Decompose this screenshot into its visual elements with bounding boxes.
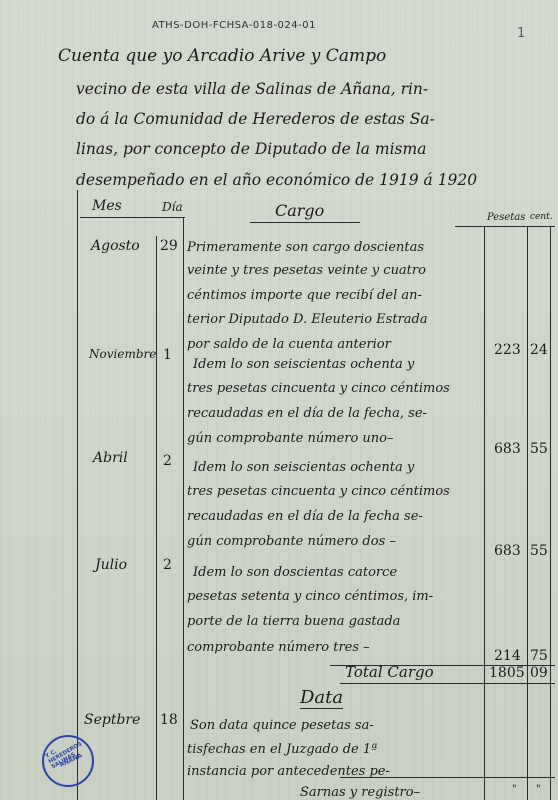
entry-2-centimos: 55 xyxy=(530,441,548,457)
entry-1-line-2: veinte y tres pesetas veinte y cuatro xyxy=(187,263,426,278)
heading-line-3: do á la Comunidad de Herederos de estas … xyxy=(76,110,435,128)
header-underline-cargo xyxy=(250,222,360,223)
column-header-dia: Día xyxy=(162,200,183,214)
heading-line-4: linas, por concepto de Diputado de la mi… xyxy=(76,140,426,158)
heading-line-5: desempeñado en el año económico de 1919 … xyxy=(76,171,477,189)
document-page: ATHS-DOH-FCHSA-018-024-01 1 Cuenta que y… xyxy=(0,0,558,800)
entry-3-centimos: 55 xyxy=(530,543,548,559)
data-entry-1-line-1: Son data quince pesetas sa- xyxy=(190,718,374,733)
data-entry-1-pesetas: " xyxy=(512,784,517,795)
entry-1-line-1: Primeramente son cargo doscientas xyxy=(187,240,424,255)
data-section-title: Data xyxy=(300,687,343,709)
entry-4-line-2: pesetas setenta y cinco céntimos, im- xyxy=(187,589,433,604)
data-entry-1-line-2: tisfechas en el Juzgado de 1ª xyxy=(187,742,377,757)
data-entry-1-dia: 18 xyxy=(160,712,178,728)
entry-1-line-4: terior Diputado D. Eleuterio Estrada xyxy=(187,312,428,327)
column-header-cargo: Cargo xyxy=(275,201,324,220)
pesetas-left-rule xyxy=(484,226,485,800)
entry-3-line-3: recaudadas en el día de la fecha se- xyxy=(187,509,423,524)
entry-1-line-5: por saldo de la cuenta anterior xyxy=(187,337,391,352)
centimos-left-rule xyxy=(527,226,528,800)
left-margin-rule xyxy=(77,190,78,800)
header-underline-mes xyxy=(80,217,185,218)
entry-4-dia: 2 xyxy=(163,557,172,573)
entry-3-mes: Abril xyxy=(93,450,128,466)
column-header-pesetas: Pesetas xyxy=(487,212,525,223)
header-underline-amounts xyxy=(455,226,555,227)
entry-3-line-2: tres pesetas cincuenta y cinco céntimos xyxy=(187,484,450,499)
data-entry-1-line-4: Sarnas y registro– xyxy=(300,785,420,800)
total-cargo-centimos: 09 xyxy=(530,665,548,681)
entry-1-centimos: 24 xyxy=(530,342,548,358)
entry-4-line-3: porte de la tierra buena gastada xyxy=(187,614,400,629)
entry-2-pesetas: 683 xyxy=(494,441,521,457)
entry-3-pesetas: 683 xyxy=(494,543,521,559)
entry-4-mes: Julio xyxy=(95,557,127,573)
entry-4-centimos: 75 xyxy=(530,648,548,664)
entry-1-line-3: céntimos importe que recibí del an- xyxy=(187,288,422,303)
total-cargo-pesetas: 1805 xyxy=(489,665,525,681)
column-header-mes: Mes xyxy=(92,198,122,214)
data-entry-1-mes: Septbre xyxy=(84,712,140,728)
entry-3-dia: 2 xyxy=(163,453,172,469)
mes-dia-rule xyxy=(156,236,157,800)
data-entry-1-line-3: instancia por antecedentes pe- xyxy=(187,764,390,779)
entry-2-mes: Noviembre xyxy=(89,347,156,361)
entry-2-dia: 1 xyxy=(163,347,172,363)
entry-3-line-1: Idem lo son seiscientas ochenta y xyxy=(193,460,414,475)
total-cargo-label: Total Cargo xyxy=(345,663,434,681)
entry-4-line-1: Idem lo son doscientas catorce xyxy=(193,565,397,580)
right-rule xyxy=(550,226,551,800)
entry-1-dia: 29 xyxy=(160,238,178,254)
entry-4-pesetas: 214 xyxy=(494,648,521,664)
entry-3-line-4: gún comprobante número dos – xyxy=(187,534,396,549)
entry-2-line-2: tres pesetas cincuenta y cinco céntimos xyxy=(187,381,450,396)
folio-number: 1 xyxy=(517,26,525,41)
archive-id: ATHS-DOH-FCHSA-018-024-01 xyxy=(152,20,316,31)
entry-1-mes: Agosto xyxy=(91,238,140,254)
total-rule xyxy=(340,683,555,684)
dia-concepto-rule xyxy=(183,218,184,800)
column-header-centimos: cent. xyxy=(530,212,553,222)
entry-1-pesetas: 223 xyxy=(494,342,521,358)
heading-line-1: Cuenta que yo Arcadio Arive y Campo xyxy=(58,46,386,66)
data-entry-1-centimos: " xyxy=(536,784,541,795)
heading-line-2: vecino de esta villa de Salinas de Añana… xyxy=(76,80,428,98)
entry-2-line-3: recaudadas en el día de la fecha, se- xyxy=(187,406,427,421)
archive-stamp: Y C. HEREDEROS SALINAS AÑANA xyxy=(42,735,94,787)
entry-2-line-1: Idem lo son seiscientas ochenta y xyxy=(193,357,414,372)
entry-2-line-4: gún comprobante número uno– xyxy=(187,431,394,446)
entry-4-line-4: comprobante número tres – xyxy=(187,640,370,655)
